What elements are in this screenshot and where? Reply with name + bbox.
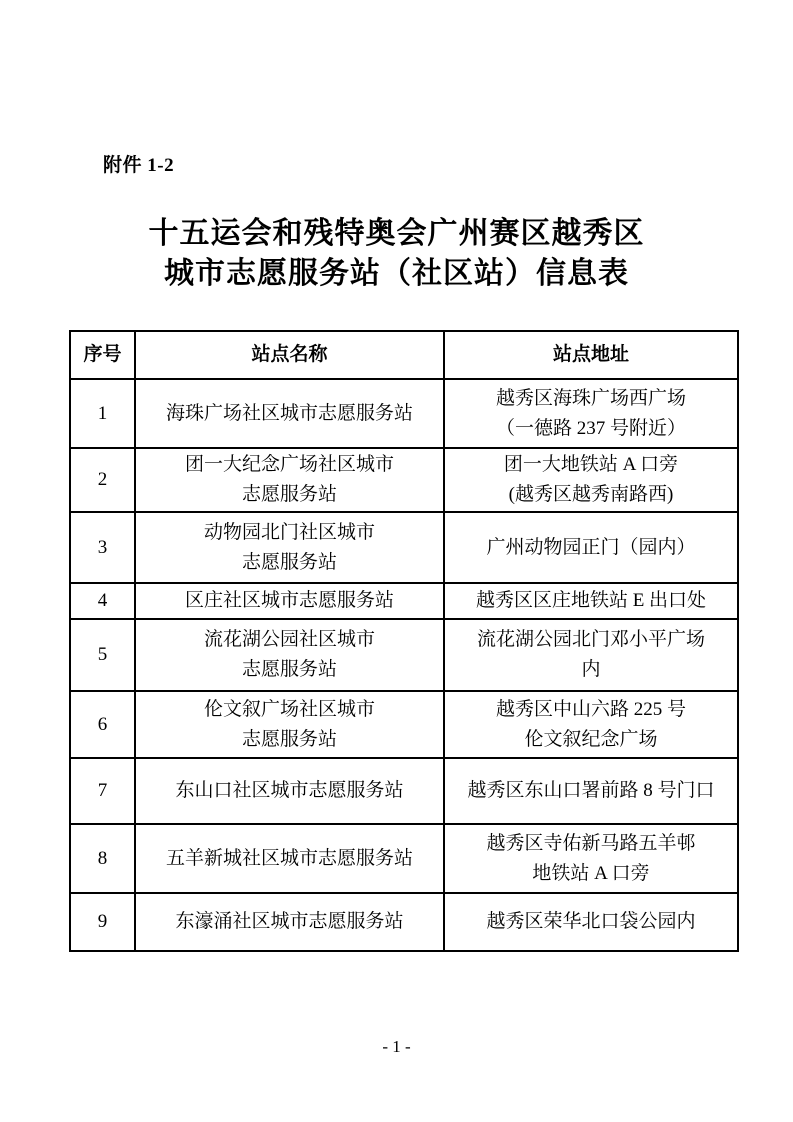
station-row: 9 东濠涌社区城市志愿服务站 越秀区荣华北口袋公园内 (70, 893, 738, 951)
cell-address: 越秀区荣华北口袋公园内 (444, 893, 738, 951)
cell-name: 动物园北门社区城市 志愿服务站 (135, 512, 444, 583)
station-row: 5 流花湖公园社区城市 志愿服务站 流花湖公园北门邓小平广场 内 (70, 619, 738, 691)
col-header-address: 站点地址 (444, 331, 738, 379)
cell-address: 越秀区东山口署前路 8 号门口 (444, 758, 738, 824)
cell-serial: 1 (70, 379, 135, 448)
page-title-line-1: 十五运会和残特奥会广州赛区越秀区 (0, 214, 793, 254)
cell-address: 流花湖公园北门邓小平广场 内 (444, 619, 738, 691)
attachment-label: 附件 1-2 (103, 150, 174, 177)
cell-address: 越秀区海珠广场西广场 （一德路 237 号附近） (444, 379, 738, 448)
page-title: 十五运会和残特奥会广州赛区越秀区 城市志愿服务站（社区站）信息表 (0, 214, 793, 294)
cell-name: 五羊新城社区城市志愿服务站 (135, 824, 444, 893)
cell-name: 伦文叙广场社区城市 志愿服务站 (135, 691, 444, 758)
cell-serial: 7 (70, 758, 135, 824)
cell-serial: 2 (70, 448, 135, 512)
cell-serial: 5 (70, 619, 135, 691)
table-header-row: 序号 站点名称 站点地址 (70, 331, 738, 379)
station-row: 4 区庄社区城市志愿服务站 越秀区区庄地铁站 E 出口处 (70, 583, 738, 619)
cell-address: 广州动物园正门（园内） (444, 512, 738, 583)
cell-serial: 6 (70, 691, 135, 758)
cell-address: 越秀区寺佑新马路五羊邨 地铁站 A 口旁 (444, 824, 738, 893)
cell-name: 团一大纪念广场社区城市 志愿服务站 (135, 448, 444, 512)
page-title-line-2: 城市志愿服务站（社区站）信息表 (0, 254, 793, 294)
col-header-index: 序号 (70, 331, 135, 379)
col-header-name: 站点名称 (135, 331, 444, 379)
station-row: 6 伦文叙广场社区城市 志愿服务站 越秀区中山六路 225 号 伦文叙纪念广场 (70, 691, 738, 758)
cell-serial: 3 (70, 512, 135, 583)
station-row: 7 东山口社区城市志愿服务站 越秀区东山口署前路 8 号门口 (70, 758, 738, 824)
cell-name: 流花湖公园社区城市 志愿服务站 (135, 619, 444, 691)
stations-table: 序号 站点名称 站点地址 1 海珠广场社区城市志愿服务站 越秀区海珠广场西广场 … (69, 330, 739, 952)
station-row: 3 动物园北门社区城市 志愿服务站 广州动物园正门（园内） (70, 512, 738, 583)
cell-name: 区庄社区城市志愿服务站 (135, 583, 444, 619)
cell-name: 东山口社区城市志愿服务站 (135, 758, 444, 824)
cell-name: 海珠广场社区城市志愿服务站 (135, 379, 444, 448)
cell-address: 越秀区区庄地铁站 E 出口处 (444, 583, 738, 619)
cell-serial: 9 (70, 893, 135, 951)
document-page: 附件 1-2 十五运会和残特奥会广州赛区越秀区 城市志愿服务站（社区站）信息表 … (0, 0, 793, 1122)
station-row: 1 海珠广场社区城市志愿服务站 越秀区海珠广场西广场 （一德路 237 号附近） (70, 379, 738, 448)
page-number: - 1 - (0, 1036, 793, 1058)
cell-address: 团一大地铁站 A 口旁 (越秀区越秀南路西) (444, 448, 738, 512)
station-row: 8 五羊新城社区城市志愿服务站 越秀区寺佑新马路五羊邨 地铁站 A 口旁 (70, 824, 738, 893)
cell-serial: 8 (70, 824, 135, 893)
cell-serial: 4 (70, 583, 135, 619)
cell-name: 东濠涌社区城市志愿服务站 (135, 893, 444, 951)
station-row: 2 团一大纪念广场社区城市 志愿服务站 团一大地铁站 A 口旁 (越秀区越秀南路… (70, 448, 738, 512)
cell-address: 越秀区中山六路 225 号 伦文叙纪念广场 (444, 691, 738, 758)
